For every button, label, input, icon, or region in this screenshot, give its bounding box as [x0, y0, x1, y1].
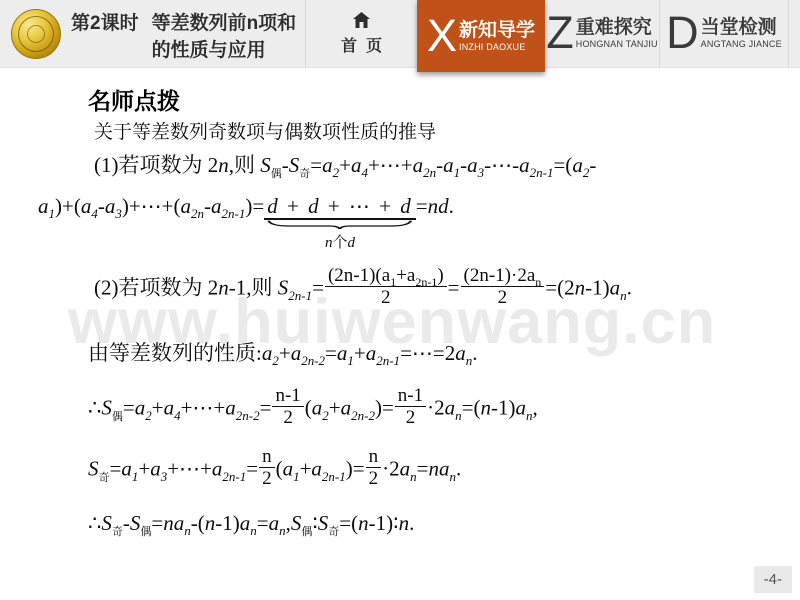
math-line-7: ∴S奇-S偶=nan-(n-1)an=an,S偶∶S奇=(n-1)∶n.: [88, 511, 414, 536]
math-line-2-post: =nd.: [416, 194, 454, 218]
math-line-3: (2)若项数为 2n-1,则 S2n-1=(2n-1)(a1+a2n-1)2=(…: [94, 268, 632, 312]
intro-line: 关于等差数列奇数项与偶数项性质的推导: [94, 117, 436, 144]
lesson-title: 第2课时 等差数列前n项和 的性质与应用: [71, 2, 296, 64]
underbrace-group: d + d + ⋯ + d n个d: [264, 194, 416, 219]
lesson-number: 第2课时: [71, 11, 139, 38]
underbrace-text: d + d + ⋯ + d: [264, 194, 416, 220]
lesson-title-line1: 等差数列前n项和: [152, 11, 297, 38]
header-bar: 第2课时 等差数列前n项和 的性质与应用 首 页 X 新知导学 INZHI DA…: [0, 0, 800, 68]
gold-medal-logo: [11, 9, 61, 59]
lesson-title-line2: 的性质与应用: [152, 38, 297, 65]
underbrace-icon: [267, 220, 412, 229]
brand-area: 第2课时 等差数列前n项和 的性质与应用: [0, 0, 305, 67]
section-heading: 名师点拨: [88, 83, 180, 116]
tab-z-pinyin: HONGNAN TANJIU: [576, 39, 658, 50]
home-icon: [353, 12, 370, 28]
tab-xinzhi-daoxue-active[interactable]: X 新知导学 INZHI DAOXUE: [417, 0, 545, 72]
tab-dangtang-jiance[interactable]: D 当堂检测 ANGTANG JIANCE: [659, 0, 789, 67]
tab-z-label: 重难探究: [576, 17, 658, 39]
math-line-6: S奇=a1+a3+⋯+a2n-1=n2(a1+a2n-1)=n2·2an=nan…: [88, 449, 461, 493]
tab-d-letter: D: [666, 14, 699, 52]
math-line-2: a1)+(a4-a3)+⋯+(a2n-a2n-1)= d + d + ⋯ + d…: [38, 194, 454, 219]
page-number: -4-: [754, 566, 792, 593]
math-line-1: (1)若项数为 2n,则 S偶-S奇=a2+a4+⋯+a2n-a1-a3-⋯-a…: [94, 149, 596, 179]
home-label: 首 页: [341, 33, 382, 56]
tab-z-letter: Z: [546, 14, 574, 52]
tab-home[interactable]: 首 页: [305, 0, 417, 67]
tab-x-pinyin: INZHI DAOXUE: [459, 42, 535, 53]
math-line-2-pre: a1)+(a4-a3)+⋯+(a2n-a2n-1)=: [38, 194, 264, 218]
tab-d-label: 当堂检测: [701, 17, 782, 39]
tab-d-pinyin: ANGTANG JIANCE: [701, 39, 782, 50]
underbrace-label: n个d: [325, 231, 355, 252]
tab-x-letter: X: [427, 17, 457, 55]
tab-x-label: 新知导学: [459, 20, 535, 42]
math-line-4: 由等差数列的性质:a2+a2n-2=a1+a2n-1=⋯=2an.: [88, 337, 478, 367]
math-line-5: ∴S偶=a2+a4+⋯+a2n-2=n-12(a2+a2n-2)=n-12·2a…: [88, 388, 538, 432]
tab-zhongnan-tanjiu[interactable]: Z 重难探究 HONGNAN TANJIU: [545, 0, 659, 67]
